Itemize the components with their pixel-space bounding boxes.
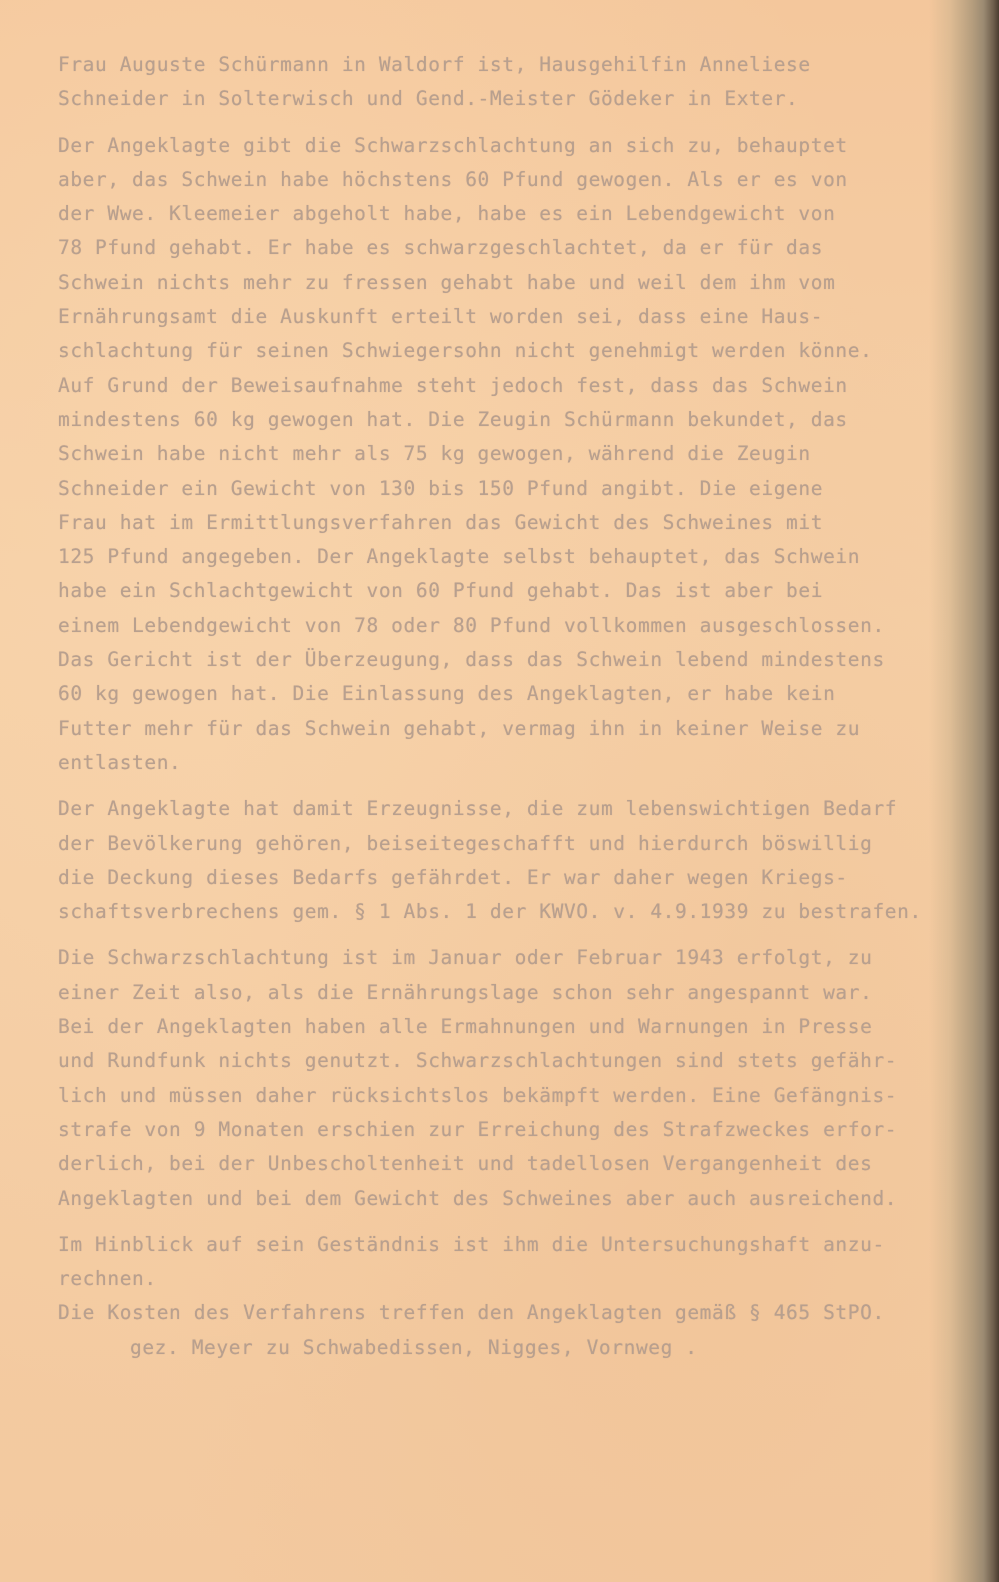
text-line: Futter mehr für das Schwein gehabt, verm…	[58, 712, 978, 746]
text-line: Angeklagten und bei dem Gewicht des Schw…	[58, 1182, 978, 1216]
text-line: einer Zeit also, als die Ernährungslage …	[58, 976, 978, 1010]
text-line: schlachtung für seinen Schwiegersohn nic…	[58, 334, 978, 368]
text-line: mindestens 60 kg gewogen hat. Die Zeugin…	[58, 403, 978, 437]
text-line: der Bevölkerung gehören, beiseitegeschaf…	[58, 827, 978, 861]
text-line: 125 Pfund angegeben. Der Angeklagte selb…	[58, 540, 978, 574]
text-line: Frau hat im Ermittlungsverfahren das Gew…	[58, 506, 978, 540]
text-line: habe ein Schlachtgewicht von 60 Pfund ge…	[58, 574, 978, 608]
text-line: Schneider ein Gewicht von 130 bis 150 Pf…	[58, 472, 978, 506]
text-line: aber, das Schwein habe höchstens 60 Pfun…	[58, 163, 978, 197]
text-line: lich und müssen daher rücksichtslos bekä…	[58, 1079, 978, 1113]
text-line: Schwein habe nicht mehr als 75 kg gewoge…	[58, 437, 978, 471]
text-line: Schwein nichts mehr zu fressen gehabt ha…	[58, 266, 978, 300]
paragraph-custody: Im Hinblick auf sein Geständnis ist ihm …	[58, 1228, 978, 1297]
text-line: Bei der Angeklagten haben alle Ermahnung…	[58, 1010, 978, 1044]
signature-line: gez. Meyer zu Schwabedissen, Nigges, Vor…	[58, 1331, 978, 1365]
paragraph-sentence: Die Schwarzschlachtung ist im Januar ode…	[58, 941, 978, 1215]
text-line: strafe von 9 Monaten erschien zur Erreic…	[58, 1113, 978, 1147]
document-page: Frau Auguste Schürmann in Waldorf ist, H…	[0, 0, 999, 1582]
text-line: entlasten.	[58, 746, 978, 780]
text-line: die Deckung dieses Bedarfs gefährdet. Er…	[58, 861, 978, 895]
paragraph-witnesses: Frau Auguste Schürmann in Waldorf ist, H…	[58, 48, 978, 117]
page-edge-shadow	[929, 0, 999, 1582]
text-line: Im Hinblick auf sein Geständnis ist ihm …	[58, 1228, 978, 1262]
text-line: rechnen.	[58, 1262, 978, 1296]
paragraph-costs: Die Kosten des Verfahrens treffen den An…	[58, 1296, 978, 1330]
text-line: Der Angeklagte gibt die Schwarzschlachtu…	[58, 129, 978, 163]
paragraph-defendant-statement: Der Angeklagte gibt die Schwarzschlachtu…	[58, 129, 978, 781]
text-line: und Rundfunk nichts genutzt. Schwarzschl…	[58, 1044, 978, 1078]
text-line: Das Gericht ist der Überzeugung, dass da…	[58, 643, 978, 677]
text-line: Der Angeklagte hat damit Erzeugnisse, di…	[58, 792, 978, 826]
typewritten-text: Frau Auguste Schürmann in Waldorf ist, H…	[58, 48, 978, 1365]
text-line: schaftsverbrechens gem. § 1 Abs. 1 der K…	[58, 895, 978, 929]
text-line: einem Lebendgewicht von 78 oder 80 Pfund…	[58, 609, 978, 643]
text-line: Auf Grund der Beweisaufnahme steht jedoc…	[58, 369, 978, 403]
text-line: Schneider in Solterwisch und Gend.-Meist…	[58, 82, 978, 116]
text-line: der Wwe. Kleemeier abgeholt habe, habe e…	[58, 197, 978, 231]
text-line: Ernährungsamt die Auskunft erteilt worde…	[58, 300, 978, 334]
text-line: 60 kg gewogen hat. Die Einlassung des An…	[58, 677, 978, 711]
text-line: Die Kosten des Verfahrens treffen den An…	[58, 1296, 978, 1330]
text-line: Frau Auguste Schürmann in Waldorf ist, H…	[58, 48, 978, 82]
text-line: derlich, bei der Unbescholtenheit und ta…	[58, 1147, 978, 1181]
paragraph-offense: Der Angeklagte hat damit Erzeugnisse, di…	[58, 792, 978, 929]
text-line: Die Schwarzschlachtung ist im Januar ode…	[58, 941, 978, 975]
text-line: 78 Pfund gehabt. Er habe es schwarzgesch…	[58, 231, 978, 265]
